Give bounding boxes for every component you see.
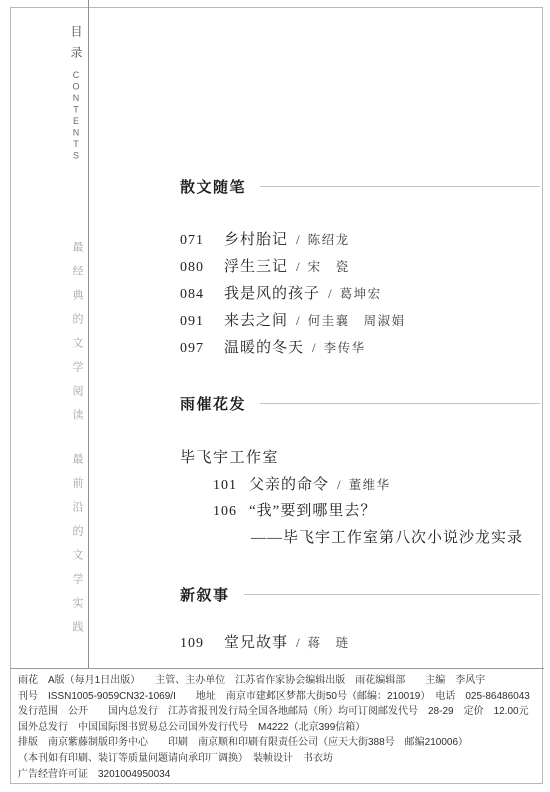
heading-rule [260,186,540,187]
entry-title: 温暖的冬天 [224,336,304,357]
toc-title-en: CONTENTS [71,70,81,162]
entry-title: 我是风的孩子 [224,282,320,303]
sidebar-divider-rule [88,0,89,668]
entry-page-number: 097 [180,341,224,357]
entry-page-number: 080 [180,260,224,276]
entry-authors: 董维华 [349,475,391,493]
colophon-line: 国外总发行 中国国际图书贸易总公司国外发行代号 M4222（北京399信箱） [18,720,546,736]
section-heading: 散文随笔 [180,176,246,197]
colophon-line: 广告经营许可证 3201004950034 [18,767,546,783]
colophon-line: 发行范围 公开 国内总发行 江苏省报刊发行局全国各地邮局（所）均可订阅邮发代号 … [18,704,546,720]
entry-authors: 蒋 琏 [308,633,350,651]
entry-authors: 宋 瓷 [308,257,350,275]
section-heading-row: 散文随笔 [180,176,540,197]
toc-entry: 101 父亲的命令 / 董维华 [213,473,391,494]
entry-page-number: 084 [180,287,224,303]
entry-separator: / [337,477,341,493]
toc-entry: 106 “我”要到哪里去？ [213,499,376,520]
entry-title: “我”要到哪里去？ [249,499,376,520]
workshop-subheading: 毕飞宇工作室 [180,446,279,467]
entry-title: 浮生三记 [224,255,288,276]
entry-page-number: 071 [180,233,224,249]
entry-separator: / [312,340,316,356]
section-heading-row: 新叙事 [180,584,540,605]
entry-authors: 陈绍龙 [308,230,350,248]
footer-colophon: 雨花 A版（每月1日出版） 主管、主办单位 江苏省作家协会编辑出版 雨花编辑部 … [18,673,546,782]
entry-authors: 何圭襄 周淑娟 [308,311,406,329]
entry-separator: / [296,635,300,651]
toc-entry: 080 浮生三记 / 宋 瓷 [180,255,350,276]
toc-entry: 097 温暖的冬天 / 李传华 [180,336,366,357]
colophon-divider-rule [10,668,544,669]
heading-rule [260,403,540,404]
entry-separator: / [328,286,332,302]
colophon-line: 雨花 A版（每月1日出版） 主管、主办单位 江苏省作家协会编辑出版 雨花编辑部 … [18,673,546,689]
entry-title: 来去之间 [224,309,288,330]
sidebar-slogan-2: 最前沿的文学实践 [69,453,85,645]
entry-separator: / [296,259,300,275]
entry-page-number: 106 [213,504,249,520]
entry-page-number: 109 [180,636,224,652]
toc-entry: 091 来去之间 / 何圭襄 周淑娟 [180,309,406,330]
section-heading-row: 雨催花发 [180,393,540,414]
toc-entry: 084 我是风的孩子 / 葛坤宏 [180,282,382,303]
entry-page-number: 091 [180,314,224,330]
entry-separator: / [296,313,300,329]
entry-page-number: 101 [213,478,249,494]
entry-authors: 葛坤宏 [340,284,382,302]
entry-title: 父亲的命令 [249,473,329,494]
toc-entry: 109 堂兄故事 / 蒋 琏 [180,631,350,652]
entry-title: 乡村胎记 [224,228,288,249]
entry-subtitle: ——毕飞宇工作室第八次小说沙龙实录 [251,526,523,547]
colophon-line: （本刊如有印刷、装订等质量问题请向承印厂调换） 装帧设计 书衣坊 [18,751,546,767]
colophon-line: 刊号 ISSN1005-9059CN32-1069/I 地址 南京市建邺区梦都大… [18,689,546,705]
entry-separator: / [296,232,300,248]
section-heading: 新叙事 [180,584,230,605]
entry-title: 堂兄故事 [224,631,288,652]
toc-title-cn: 目录 [68,25,85,67]
sidebar-slogan-1: 最经典的文学阅读 [69,241,85,433]
heading-rule [244,594,540,595]
entry-authors: 李传华 [324,338,366,356]
section-heading: 雨催花发 [180,393,246,414]
toc-entry: 071 乡村胎记 / 陈绍龙 [180,228,350,249]
colophon-line: 排版 南京紫藤制版印务中心 印刷 南京顺和印刷有限责任公司（应天大街388号 邮… [18,735,546,751]
